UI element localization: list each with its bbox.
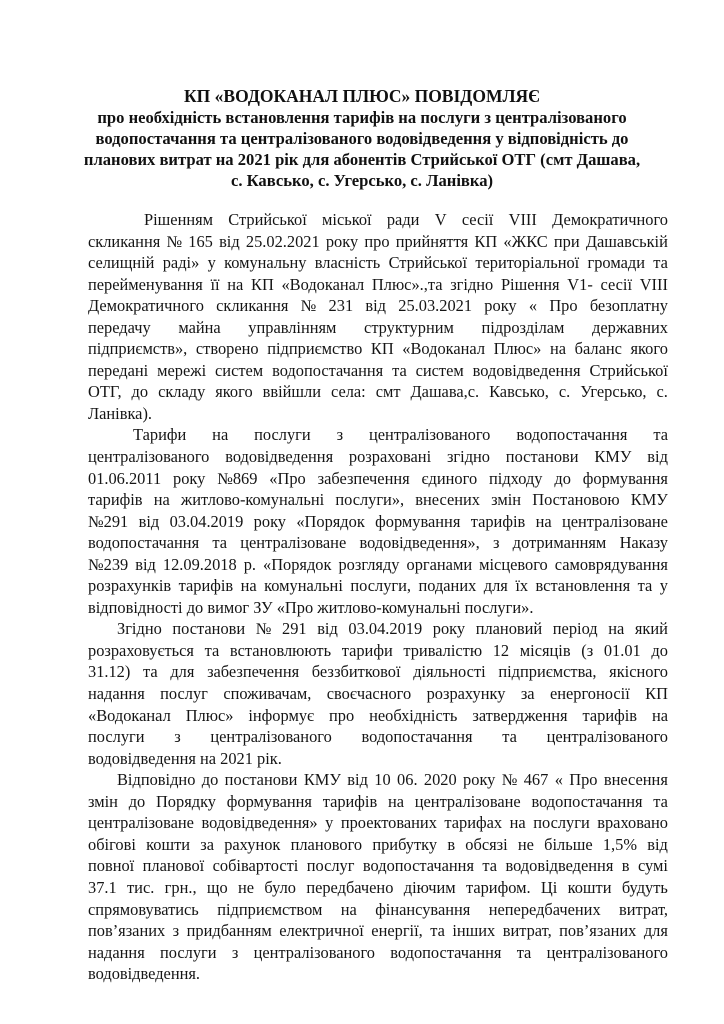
paragraph-line: перейменуванняїїнаКП«ВодоканалПлюс».,таз… bbox=[88, 274, 668, 296]
paragraph-line: Згіднопостанови№291від03.04.2019рокуплан… bbox=[88, 618, 668, 640]
paragraph-line: обіговікоштизарахунокплановогоприбуткуво… bbox=[88, 834, 668, 856]
paragraph-line: водопостачаннятацентралізованеводовідвед… bbox=[88, 532, 668, 554]
paragraph-line: відповідності до вимог ЗУ «Про житлово-к… bbox=[88, 597, 668, 619]
paragraph-line: наданняпослугизцентралізованоговодопоста… bbox=[88, 942, 668, 964]
paragraph: ВідповіднодопостановиКМУвід1006.2020року… bbox=[88, 769, 668, 984]
paragraph-line: «ВодоканалПлюс»інформуєпронеобхідністьза… bbox=[88, 705, 668, 727]
document-subtitle-line: про необхідність встановлення тарифів на… bbox=[0, 107, 724, 128]
paragraph-line: ОТГ,доскладуякоговвійшлисела:смтДашава,с… bbox=[88, 381, 668, 403]
paragraph-line: централізованеводовідведення»упроектован… bbox=[88, 812, 668, 834]
paragraph-line: підприємств»,створенопідприємствоКП«Водо… bbox=[88, 338, 668, 360]
document-body: РішеннямСтрийськоїміськоїрадиVсесіїVIIIД… bbox=[88, 209, 668, 985]
paragraph: РішеннямСтрийськоїміськоїрадиVсесіїVIIIД… bbox=[88, 209, 668, 424]
paragraph-line: РішеннямСтрийськоїміськоїрадиVсесіїVIIIД… bbox=[88, 209, 668, 231]
paragraph-line: селищнійраді»укомунальнувласністьСтрийсь… bbox=[88, 252, 668, 274]
paragraph-line: централізованоговодовідведеннярозрахован… bbox=[88, 446, 668, 468]
paragraph-line: передачумайнауправліннямструктурнимпідро… bbox=[88, 317, 668, 339]
paragraph-line: спрямовуватисьпідприємствомнафінансуванн… bbox=[88, 899, 668, 921]
paragraph: Тарифинапослугизцентралізованоговодопост… bbox=[88, 424, 668, 618]
paragraph-line: розраховуєтьсятавстановлюютьтарифитривал… bbox=[88, 640, 668, 662]
paragraph-line: пов’язанихзпридбаннямелектричноїенергії,… bbox=[88, 920, 668, 942]
paragraph-line: №239від12.09.2018р.«Порядокрозглядуорган… bbox=[88, 554, 668, 576]
paragraph-line: водовідведення на 2021 рік. bbox=[88, 748, 668, 770]
document-subtitle-line: водопостачання та централізованого водов… bbox=[0, 128, 724, 149]
paragraph-line: повноїплановоїсобівартостіпослугводопост… bbox=[88, 855, 668, 877]
paragraph-line: наданняпослугспоживачам,своєчасногорозра… bbox=[88, 683, 668, 705]
paragraph-line: ВідповіднодопостановиКМУвід1006.2020року… bbox=[88, 769, 668, 791]
paragraph-line: водовідведення. bbox=[88, 963, 668, 985]
paragraph: Згіднопостанови№291від03.04.2019рокуплан… bbox=[88, 618, 668, 769]
paragraph-line: Демократичногоскликання№231від25.03.2021… bbox=[88, 295, 668, 317]
paragraph-line: розрахунківтарифівнакомунальніпослуги,по… bbox=[88, 575, 668, 597]
document-subtitle-line: с. Кавсько, с. Угерсько, с. Ланівка) bbox=[0, 170, 724, 191]
document-title: КП «ВОДОКАНАЛ ПЛЮС» ПОВІДОМЛЯЄ bbox=[0, 86, 724, 107]
document-page: КП «ВОДОКАНАЛ ПЛЮС» ПОВІДОМЛЯЄ про необх… bbox=[0, 0, 724, 1024]
paragraph-line: 01.06.2011року№869«Прозабезпеченняєдиног… bbox=[88, 468, 668, 490]
paragraph-line: 31.12)тадлязабезпеченнябеззбитковоїдіяль… bbox=[88, 661, 668, 683]
paragraph-line: Ланівка). bbox=[88, 403, 668, 425]
document-heading: КП «ВОДОКАНАЛ ПЛЮС» ПОВІДОМЛЯЄ про необх… bbox=[0, 86, 724, 191]
paragraph-line: переданімережісистемводопостачаннятасист… bbox=[88, 360, 668, 382]
paragraph-line: Тарифинапослугизцентралізованоговодопост… bbox=[88, 424, 668, 446]
paragraph-line: тарифівнажитлово-комунальніпослуги»,внес… bbox=[88, 489, 668, 511]
document-subtitle-line: планових витрат на 2021 рік для абоненті… bbox=[0, 149, 724, 170]
paragraph-line: зміндоПорядкуформуваннятарифівнацентралі… bbox=[88, 791, 668, 813]
paragraph-line: послугизцентралізованоговодопостачаннята… bbox=[88, 726, 668, 748]
paragraph-line: скликання№165від25.02.2021рокупроприйнят… bbox=[88, 231, 668, 253]
paragraph-line: №291від03.04.2019року«Порядокформуваннят… bbox=[88, 511, 668, 533]
paragraph-line: 37.1тис.грн.,щонебулопередбаченодіючимта… bbox=[88, 877, 668, 899]
